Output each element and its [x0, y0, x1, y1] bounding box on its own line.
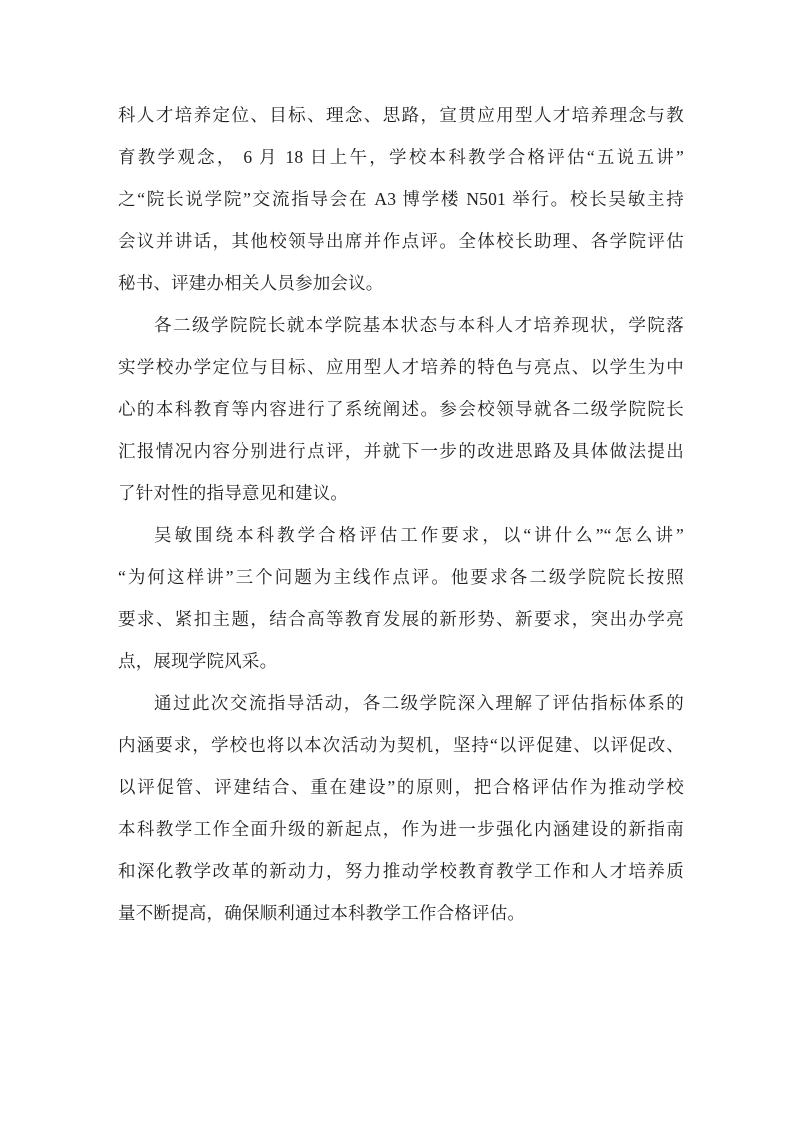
text-line: 会议并讲话，其他校领导出席并作点评。全体校长助理、各学院评估 — [118, 220, 684, 262]
text-line: 秘书、评建办相关人员参加会议。 — [118, 262, 684, 304]
document-page: 科人才培养定位、目标、理念、思路，宣贯应用型人才培养理念与教育教学观念， 6 月… — [0, 0, 800, 1131]
text-line: 通过此次交流指导活动，各二级学院深入理解了评估指标体系的 — [118, 682, 684, 724]
text-line: 以评促管、评建结合、重在建设”的原则，把合格评估作为推动学校 — [118, 766, 684, 808]
paragraph: 吴敏围绕本科教学合格评估工作要求，以“讲什么”“怎么讲”“为何这样讲”三个问题为… — [118, 514, 684, 682]
text-line: 科人才培养定位、目标、理念、思路，宣贯应用型人才培养理念与教 — [118, 94, 684, 136]
text-line: 吴敏围绕本科教学合格评估工作要求，以“讲什么”“怎么讲” — [118, 514, 684, 556]
text-line: 点，展现学院风采。 — [118, 640, 684, 682]
text-line: 之“院长说学院”交流指导会在 A3 博学楼 N501 举行。校长吴敏主持 — [118, 178, 684, 220]
text-line: 育教学观念， 6 月 18 日上午，学校本科教学合格评估“五说五讲” — [118, 136, 684, 178]
text-line: 各二级学院院长就本学院基本状态与本科人才培养现状，学院落 — [118, 304, 684, 346]
text-line: 内涵要求，学校也将以本次活动为契机，坚持“以评促建、以评促改、 — [118, 724, 684, 766]
text-line: 和深化教学改革的新动力，努力推动学校教育教学工作和人才培养质 — [118, 850, 684, 892]
text-line: 汇报情况内容分别进行点评，并就下一步的改进思路及具体做法提出 — [118, 430, 684, 472]
text-line: 要求、紧扣主题，结合高等教育发展的新形势、新要求，突出办学亮 — [118, 598, 684, 640]
text-line: “为何这样讲”三个问题为主线作点评。他要求各二级学院院长按照 — [118, 556, 684, 598]
paragraph: 通过此次交流指导活动，各二级学院深入理解了评估指标体系的内涵要求，学校也将以本次… — [118, 682, 684, 934]
document-content: 科人才培养定位、目标、理念、思路，宣贯应用型人才培养理念与教育教学观念， 6 月… — [118, 94, 684, 934]
text-line: 了针对性的指导意见和建议。 — [118, 472, 684, 514]
text-line: 实学校办学定位与目标、应用型人才培养的特色与亮点、以学生为中 — [118, 346, 684, 388]
text-line: 心的本科教育等内容进行了系统阐述。参会校领导就各二级学院院长 — [118, 388, 684, 430]
paragraph: 科人才培养定位、目标、理念、思路，宣贯应用型人才培养理念与教育教学观念， 6 月… — [118, 94, 684, 304]
paragraph: 各二级学院院长就本学院基本状态与本科人才培养现状，学院落实学校办学定位与目标、应… — [118, 304, 684, 514]
text-line: 量不断提高，确保顺利通过本科教学工作合格评估。 — [118, 892, 684, 934]
text-line: 本科教学工作全面升级的新起点，作为进一步强化内涵建设的新指南 — [118, 808, 684, 850]
